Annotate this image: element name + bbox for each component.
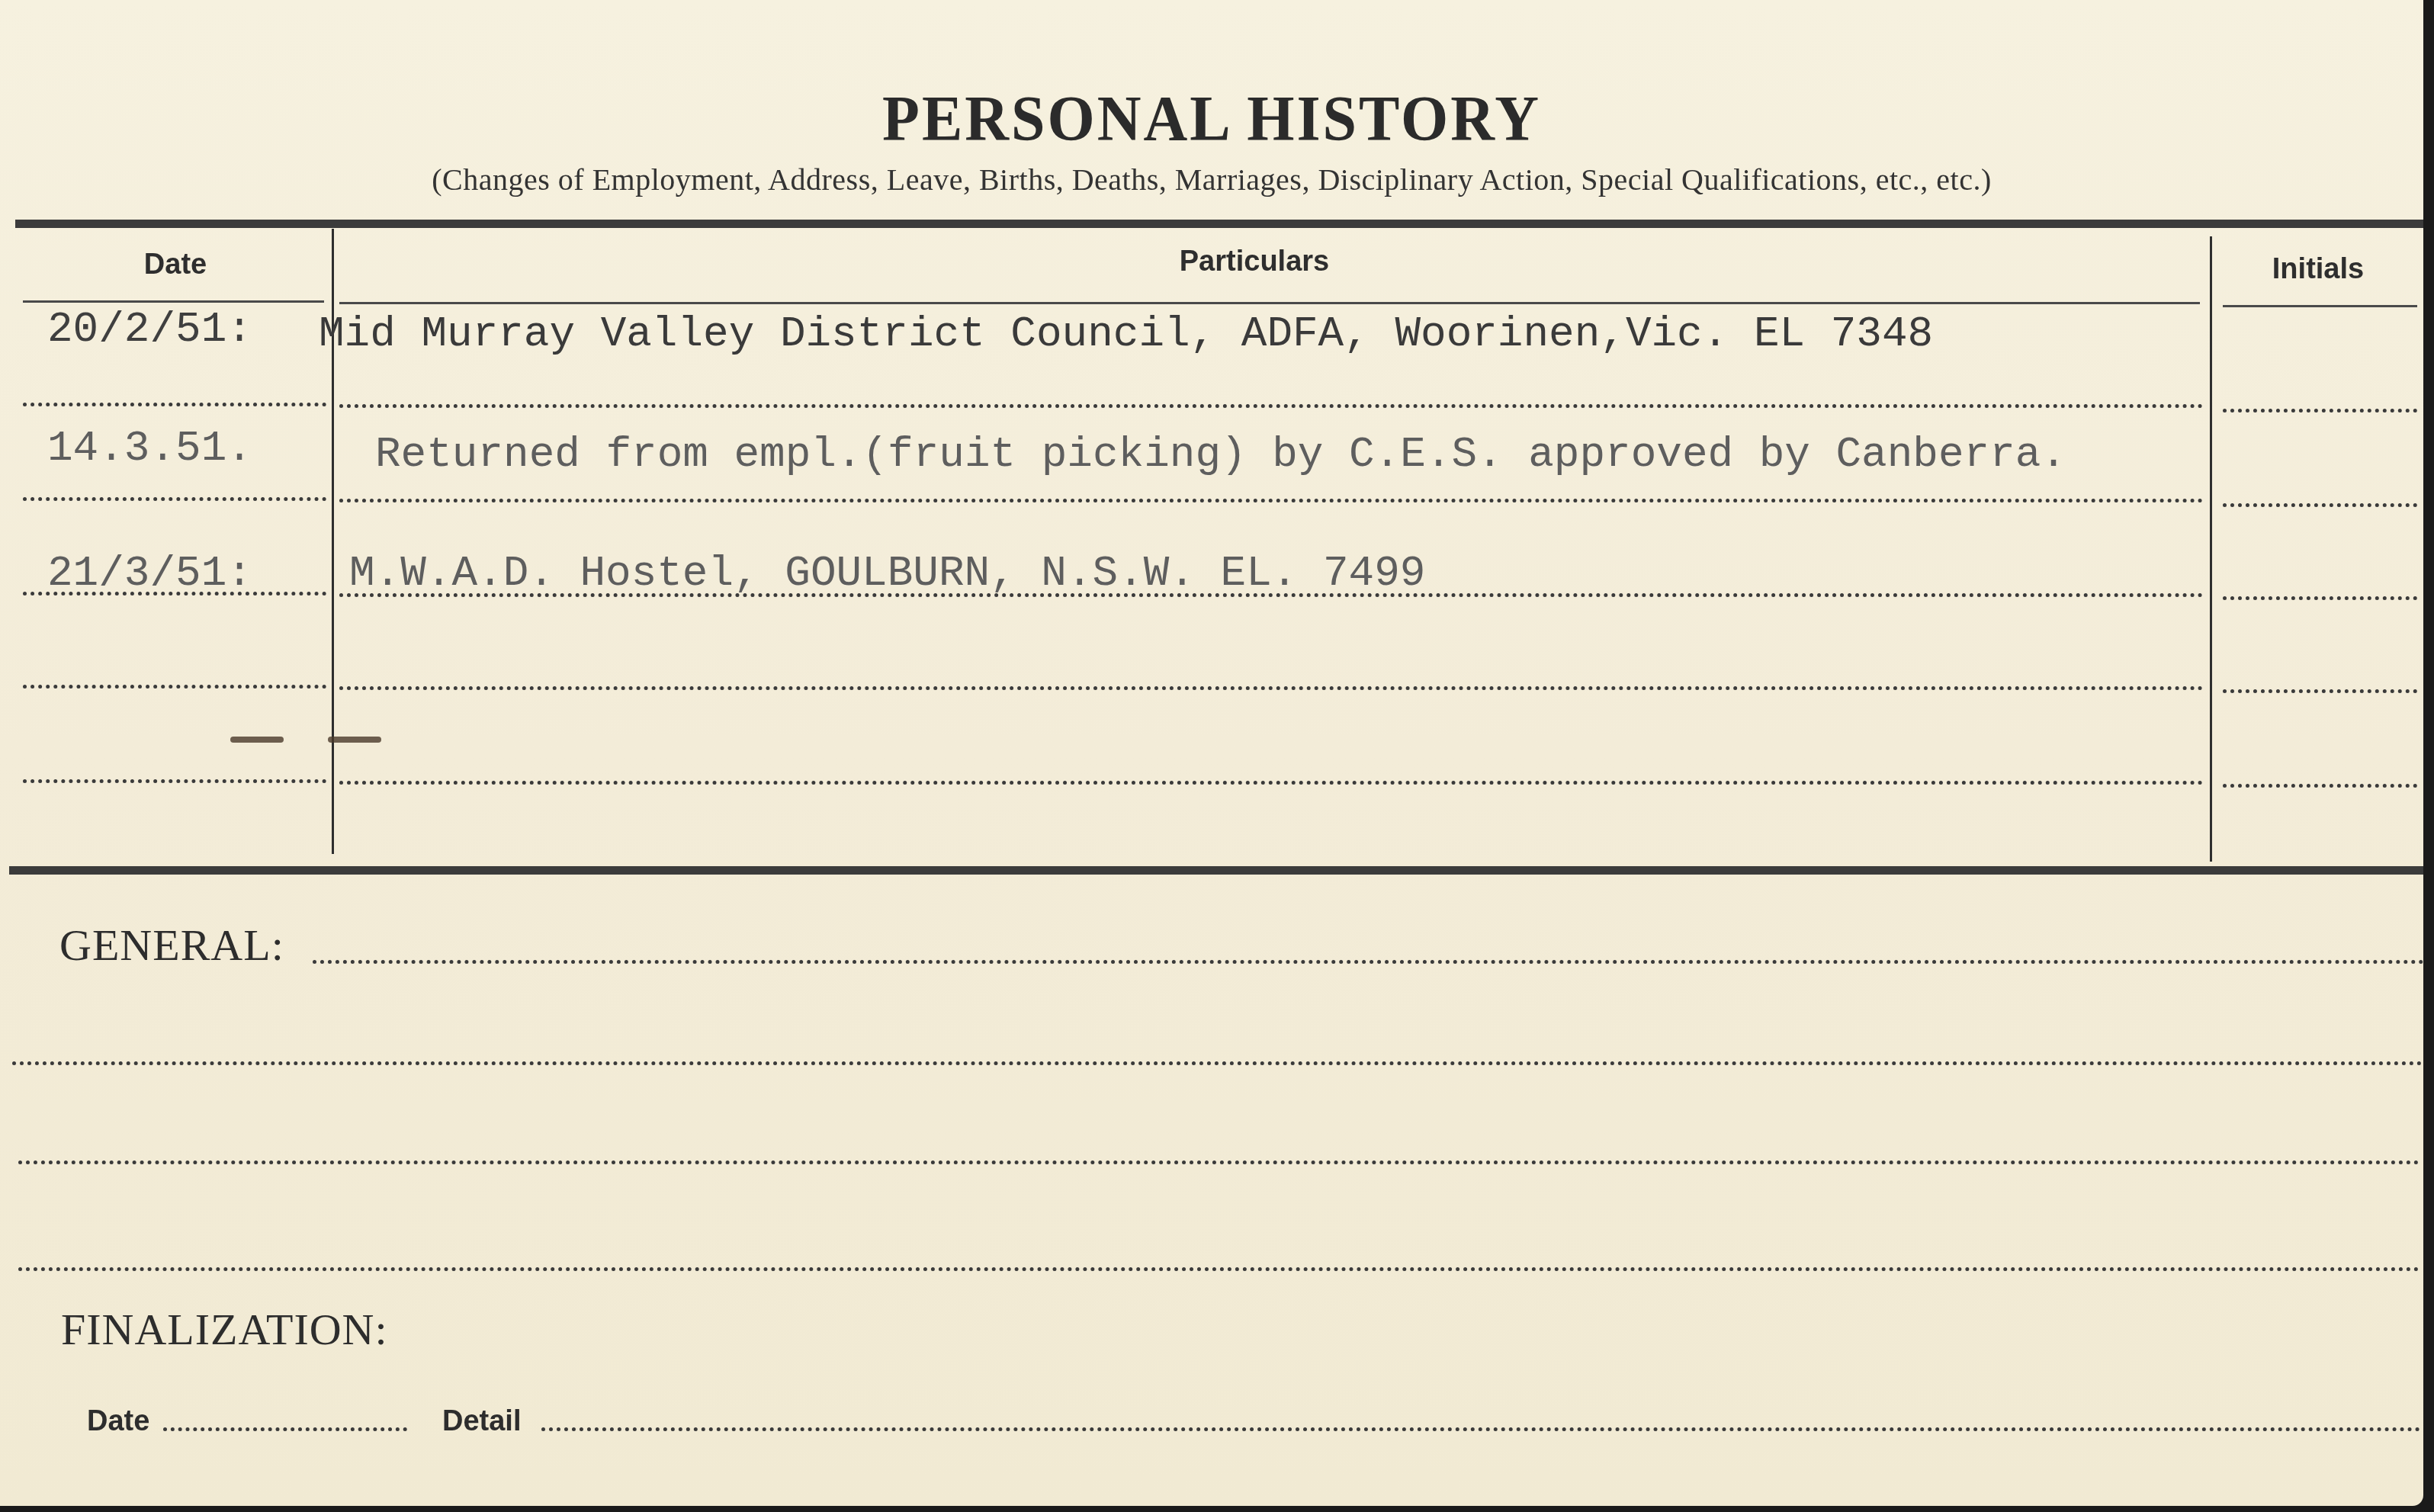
header-underline-initials: [2223, 305, 2417, 307]
row-particulars[interactable]: Mid Murray Valley District Council, ADFA…: [319, 310, 1933, 358]
column-header-particulars: Particulars: [336, 246, 2173, 278]
column-header-date: Date: [23, 249, 328, 281]
row-line: [2223, 784, 2417, 788]
row-line: [23, 685, 326, 689]
row-line: [339, 781, 2204, 785]
general-line[interactable]: [313, 960, 2425, 964]
finalization-date-label: Date: [87, 1405, 149, 1438]
row-line: [23, 592, 326, 595]
general-line[interactable]: [18, 1160, 2420, 1164]
finalization-date-line[interactable]: [163, 1427, 407, 1431]
card-title: PERSONAL HISTORY: [0, 84, 2423, 157]
general-label: GENERAL:: [59, 920, 284, 971]
row-line: [2223, 409, 2417, 413]
row-line: [23, 497, 326, 501]
row-line: [2223, 596, 2417, 600]
header-rule: [15, 220, 2423, 228]
staple-mark: [328, 737, 381, 743]
row-line: [339, 404, 2204, 408]
general-line[interactable]: [12, 1061, 2423, 1065]
card-subtitle: (Changes of Employment, Address, Leave, …: [0, 162, 2423, 197]
row-line: [339, 593, 2204, 597]
row-line: [339, 499, 2204, 502]
finalization-detail-label: Detail: [442, 1405, 521, 1438]
finalization-detail-line[interactable]: [541, 1427, 2421, 1431]
header-underline-date: [23, 300, 324, 303]
header-underline-particulars: [339, 302, 2200, 304]
table-bottom-rule: [9, 866, 2423, 875]
row-line: [2223, 689, 2417, 693]
row-particulars[interactable]: Returned from empl.(fruit picking) by C.…: [375, 430, 2066, 479]
personal-history-card: PERSONAL HISTORY (Changes of Employment,…: [0, 0, 2423, 1506]
staple-mark: [230, 737, 284, 743]
row-date[interactable]: 20/2/51:: [47, 305, 252, 354]
row-line: [339, 686, 2204, 690]
row-date[interactable]: 21/3/51:: [47, 549, 252, 598]
column-header-initials: Initials: [2211, 253, 2425, 286]
row-line: [23, 403, 326, 406]
row-line: [23, 779, 326, 783]
row-line: [2223, 503, 2417, 507]
initials-column-divider: [2210, 236, 2212, 862]
general-line[interactable]: [18, 1267, 2420, 1271]
finalization-label: FINALIZATION:: [61, 1304, 388, 1355]
row-particulars[interactable]: M.W.A.D. Hostel, GOULBURN, N.S.W. EL. 74…: [349, 549, 1425, 598]
row-date[interactable]: 14.3.51.: [47, 424, 252, 473]
